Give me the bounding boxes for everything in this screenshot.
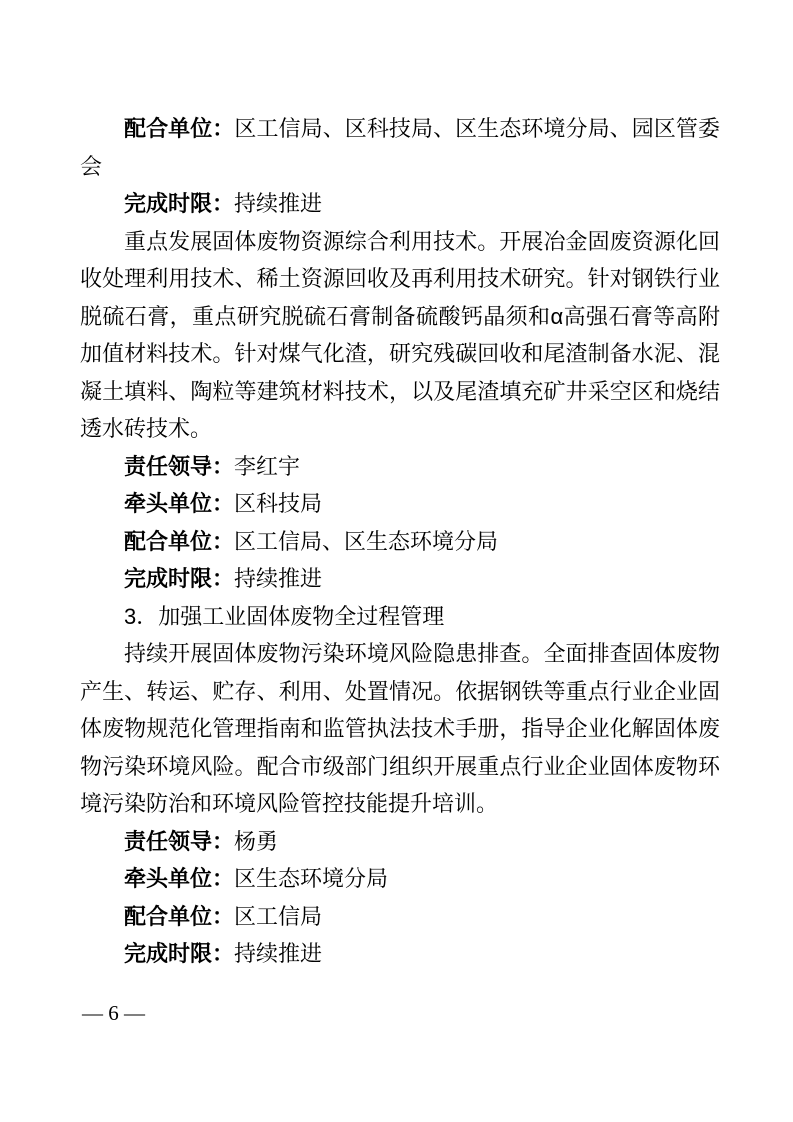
- field-line-cooperating-units: 配合单位：区工信局、区科技局、区生态环境分局、园区管委会: [80, 110, 720, 185]
- field-label: 配合单位：: [124, 904, 234, 929]
- field-value: 持续推进: [234, 191, 322, 216]
- field-label: 责任领导：: [124, 454, 234, 479]
- field-value: 区工信局: [234, 904, 322, 929]
- field-label: 完成时限：: [124, 566, 234, 591]
- field-label: 牵头单位：: [124, 491, 234, 516]
- body-paragraph-resource-utilization: 重点发展固体废物资源综合利用技术。开展冶金固废资源化回收处理利用技术、稀土资源回…: [80, 223, 720, 448]
- field-line-cooperating-units: 配合单位：区工信局、区生态环境分局: [80, 523, 720, 561]
- field-value: 区生态环境分局: [234, 866, 388, 891]
- field-line-completion-deadline: 完成时限：持续推进: [80, 560, 720, 598]
- field-value: 区工信局、区生态环境分局: [234, 529, 498, 554]
- field-label: 牵头单位：: [124, 866, 234, 891]
- field-label: 责任领导：: [124, 829, 234, 854]
- field-value: 杨勇: [234, 829, 278, 854]
- field-value: 持续推进: [234, 566, 322, 591]
- field-label: 配合单位：: [124, 529, 234, 554]
- field-value: 持续推进: [234, 941, 322, 966]
- field-line-lead-unit: 牵头单位：区科技局: [80, 485, 720, 523]
- body-paragraph-whole-process-management: 持续开展固体废物污染环境风险隐患排查。全面排查固体废物产生、转运、贮存、利用、处…: [80, 635, 720, 823]
- field-line-lead-unit: 牵头单位：区生态环境分局: [80, 860, 720, 898]
- field-value: 区科技局: [234, 491, 322, 516]
- document-body: 配合单位：区工信局、区科技局、区生态环境分局、园区管委会 完成时限：持续推进 重…: [80, 110, 720, 973]
- field-line-responsible-leader: 责任领导：李红宇: [80, 448, 720, 486]
- document-page: 配合单位：区工信局、区科技局、区生态环境分局、园区管委会 完成时限：持续推进 重…: [0, 0, 793, 1122]
- section-heading-3: 3．加强工业固体废物全过程管理: [80, 598, 720, 636]
- field-value: 李红宇: [234, 454, 300, 479]
- field-line-completion-deadline: 完成时限：持续推进: [80, 935, 720, 973]
- field-line-cooperating-units: 配合单位：区工信局: [80, 898, 720, 936]
- field-label: 完成时限：: [124, 941, 234, 966]
- field-line-responsible-leader: 责任领导：杨勇: [80, 823, 720, 861]
- field-label: 配合单位：: [124, 116, 234, 141]
- field-line-completion-deadline: 完成时限：持续推进: [80, 185, 720, 223]
- page-footer: — 6 —: [82, 1001, 145, 1025]
- page-number: — 6 —: [82, 1001, 145, 1025]
- field-label: 完成时限：: [124, 191, 234, 216]
